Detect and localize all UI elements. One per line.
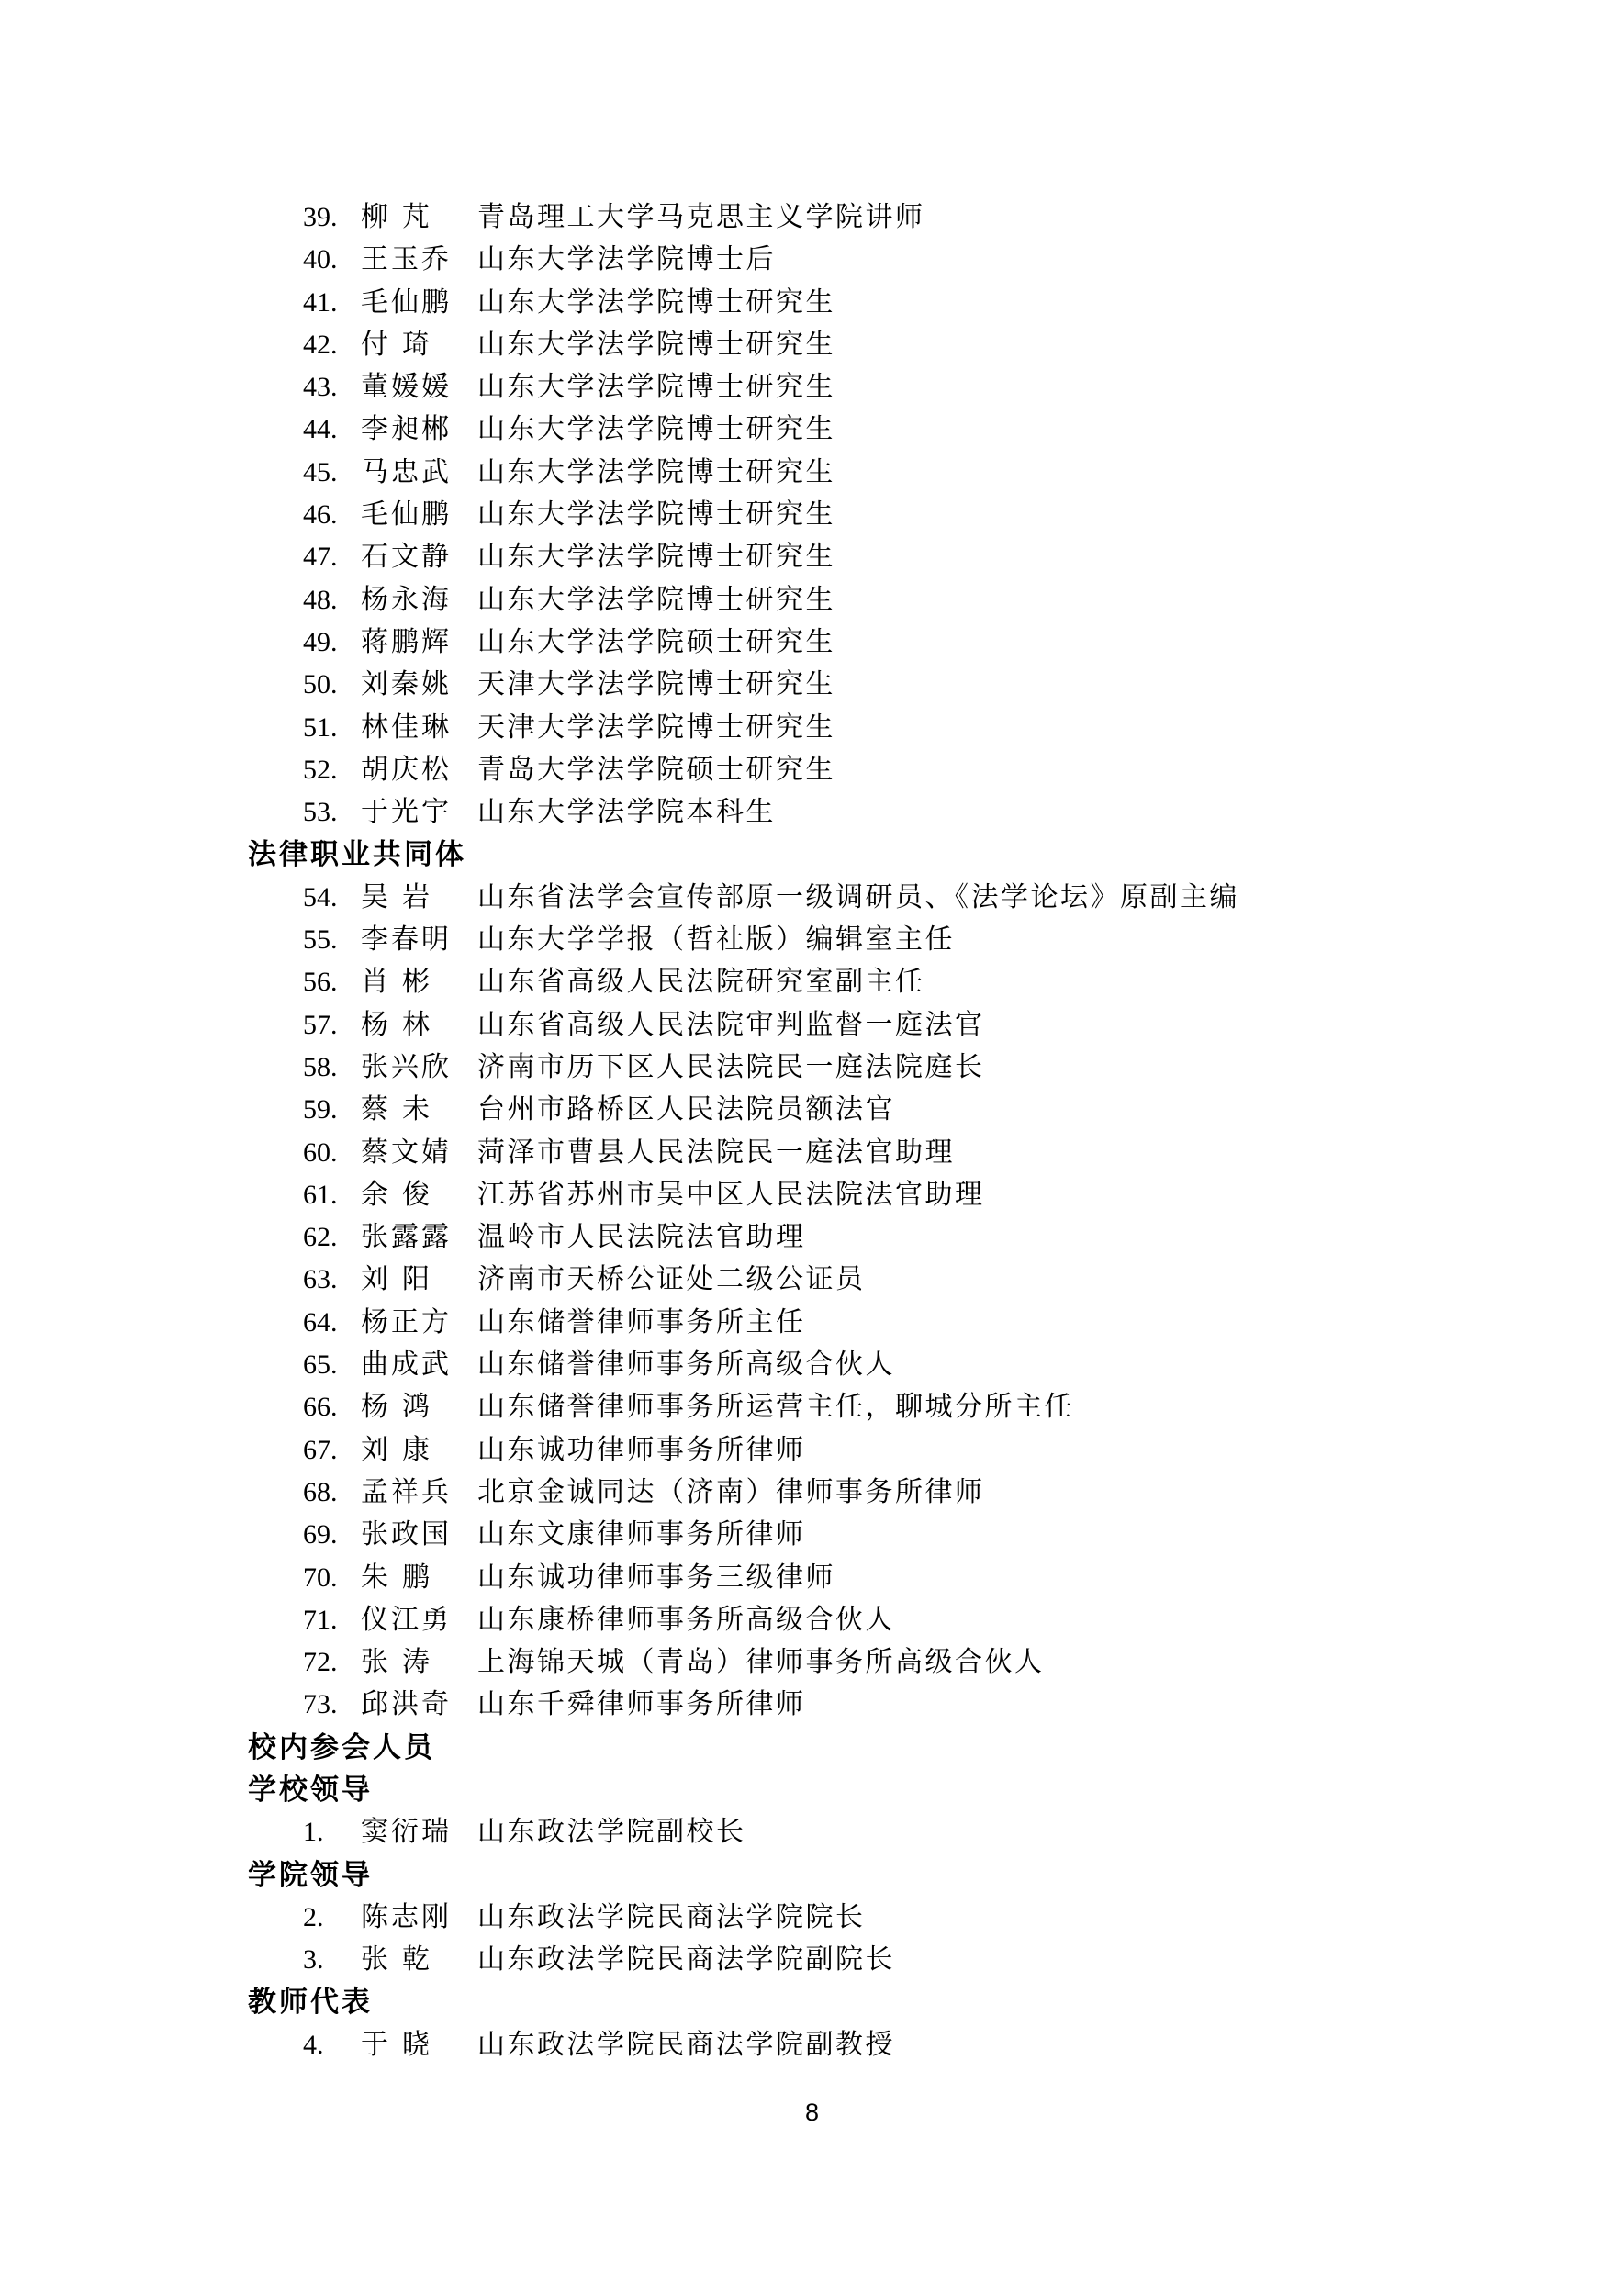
list-item: 56.肖彬山东省高级人民法院研究室副主任	[0, 961, 1624, 1003]
item-description: 山东政法学院民商法学院副院长	[477, 1939, 895, 1981]
item-name: 余俊	[361, 1174, 477, 1216]
item-name: 杨林	[361, 1004, 477, 1047]
item-name: 董媛媛	[361, 366, 477, 409]
item-description: 江苏省苏州市吴中区人民法院法官助理	[477, 1174, 985, 1216]
item-description: 山东大学学报（哲社版）编辑室主任	[477, 919, 955, 961]
item-number: 51.	[303, 707, 361, 749]
item-description: 菏泽市曹县人民法院民一庭法官助理	[477, 1132, 955, 1174]
list-item: 48.杨永海山东大学法学院博士研究生	[0, 579, 1624, 621]
item-number: 41.	[303, 282, 361, 324]
attendee-list: 39.柳芃青岛理工大学马克思主义学院讲师40.王玉乔山东大学法学院博士后41.毛…	[0, 196, 1624, 2066]
item-number: 55.	[303, 919, 361, 961]
item-name: 林佳琳	[361, 707, 477, 749]
item-name: 张政国	[361, 1514, 477, 1556]
item-number: 44.	[303, 409, 361, 451]
item-name: 李春明	[361, 919, 477, 961]
item-description: 天津大学法学院博士研究生	[477, 707, 835, 749]
item-number: 57.	[303, 1004, 361, 1047]
list-item: 65.曲成武山东储誉律师事务所高级合伙人	[0, 1344, 1624, 1386]
list-item: 55.李春明山东大学学报（哲社版）编辑室主任	[0, 919, 1624, 961]
section-header: 法律职业共同体	[0, 834, 1624, 876]
item-description: 上海锦天城（青岛）律师事务所高级合伙人	[477, 1641, 1045, 1684]
list-item: 66.杨鸿山东储誉律师事务所运营主任，聊城分所主任	[0, 1386, 1624, 1428]
item-number: 39.	[303, 196, 361, 239]
item-description: 山东大学法学院博士研究生	[477, 579, 835, 621]
item-name: 肖彬	[361, 961, 477, 1003]
item-description: 山东省高级人民法院研究室副主任	[477, 961, 925, 1003]
item-name: 邱洪奇	[361, 1684, 477, 1726]
item-name: 张兴欣	[361, 1047, 477, 1089]
list-item: 72.张涛上海锦天城（青岛）律师事务所高级合伙人	[0, 1641, 1624, 1684]
item-description: 山东省法学会宣传部原一级调研员、《法学论坛》原副主编	[477, 877, 1239, 919]
item-number: 4.	[303, 2024, 361, 2066]
item-description: 山东储誉律师事务所运营主任，聊城分所主任	[477, 1386, 1074, 1428]
item-number: 40.	[303, 239, 361, 281]
list-item: 52.胡庆松青岛大学法学院硕士研究生	[0, 749, 1624, 791]
item-description: 山东文康律师事务所律师	[477, 1514, 806, 1556]
list-item: 73.邱洪奇山东千舜律师事务所律师	[0, 1684, 1624, 1726]
item-description: 青岛大学法学院硕士研究生	[477, 749, 835, 791]
item-description: 山东大学法学院博士研究生	[477, 409, 835, 451]
list-item: 47.石文静山东大学法学院博士研究生	[0, 536, 1624, 578]
item-description: 山东省高级人民法院审判监督一庭法官	[477, 1004, 985, 1047]
list-item: 46.毛仙鹏山东大学法学院博士研究生	[0, 494, 1624, 536]
item-name: 张涛	[361, 1641, 477, 1684]
list-item: 49.蒋鹏辉山东大学法学院硕士研究生	[0, 621, 1624, 664]
item-number: 73.	[303, 1684, 361, 1726]
item-description: 山东大学法学院硕士研究生	[477, 621, 835, 664]
item-description: 山东诚功律师事务所律师	[477, 1429, 806, 1472]
item-description: 山东大学法学院博士后	[477, 239, 776, 281]
list-item: 41.毛仙鹏山东大学法学院博士研究生	[0, 282, 1624, 324]
item-number: 71.	[303, 1599, 361, 1641]
item-name: 刘阳	[361, 1259, 477, 1301]
item-description: 山东诚功律师事务三级律师	[477, 1557, 835, 1599]
list-item: 53.于光宇山东大学法学院本科生	[0, 791, 1624, 834]
section-header: 教师代表	[0, 1981, 1624, 2023]
list-item: 60.蔡文婧菏泽市曹县人民法院民一庭法官助理	[0, 1132, 1624, 1174]
item-number: 48.	[303, 579, 361, 621]
item-name: 于光宇	[361, 791, 477, 834]
item-description: 山东大学法学院博士研究生	[477, 282, 835, 324]
item-number: 47.	[303, 536, 361, 578]
item-number: 67.	[303, 1429, 361, 1472]
document-page: 39.柳芃青岛理工大学马克思主义学院讲师40.王玉乔山东大学法学院博士后41.毛…	[0, 0, 1624, 2295]
item-number: 62.	[303, 1216, 361, 1259]
list-item: 68.孟祥兵北京金诚同达（济南）律师事务所律师	[0, 1472, 1624, 1514]
item-name: 窦衍瑞	[361, 1811, 477, 1853]
item-description: 山东大学法学院博士研究生	[477, 452, 835, 494]
list-item: 1.窦衍瑞山东政法学院副校长	[0, 1811, 1624, 1853]
item-description: 山东大学法学院博士研究生	[477, 494, 835, 536]
item-description: 青岛理工大学马克思主义学院讲师	[477, 196, 925, 239]
list-item: 59.蔡未台州市路桥区人民法院员额法官	[0, 1089, 1624, 1131]
item-number: 50.	[303, 664, 361, 706]
item-name: 蔡文婧	[361, 1132, 477, 1174]
list-item: 51.林佳琳天津大学法学院博士研究生	[0, 707, 1624, 749]
item-name: 毛仙鹏	[361, 282, 477, 324]
item-name: 李昶郴	[361, 409, 477, 451]
list-item: 39.柳芃青岛理工大学马克思主义学院讲师	[0, 196, 1624, 239]
item-name: 张乾	[361, 1939, 477, 1981]
item-name: 仪江勇	[361, 1599, 477, 1641]
list-item: 67.刘康山东诚功律师事务所律师	[0, 1429, 1624, 1472]
item-description: 山东大学法学院博士研究生	[477, 536, 835, 578]
list-item: 43.董媛媛山东大学法学院博士研究生	[0, 366, 1624, 409]
item-description: 山东大学法学院本科生	[477, 791, 776, 834]
item-description: 济南市历下区人民法院民一庭法院庭长	[477, 1047, 985, 1089]
section-header: 校内参会人员	[0, 1727, 1624, 1769]
list-item: 62.张露露温岭市人民法院法官助理	[0, 1216, 1624, 1259]
item-name: 付琦	[361, 324, 477, 366]
item-description: 山东政法学院民商法学院副教授	[477, 2024, 895, 2066]
list-item: 2.陈志刚山东政法学院民商法学院院长	[0, 1897, 1624, 1939]
section-header: 学院领导	[0, 1854, 1624, 1897]
item-number: 61.	[303, 1174, 361, 1216]
item-number: 59.	[303, 1089, 361, 1131]
item-name: 吴岩	[361, 877, 477, 919]
item-number: 46.	[303, 494, 361, 536]
item-name: 王玉乔	[361, 239, 477, 281]
list-item: 44.李昶郴山东大学法学院博士研究生	[0, 409, 1624, 451]
item-number: 68.	[303, 1472, 361, 1514]
section-header: 学校领导	[0, 1769, 1624, 1811]
item-name: 陈志刚	[361, 1897, 477, 1939]
item-description: 北京金诚同达（济南）律师事务所律师	[477, 1472, 985, 1514]
list-item: 63.刘阳济南市天桥公证处二级公证员	[0, 1259, 1624, 1301]
list-item: 50.刘秦姚天津大学法学院博士研究生	[0, 664, 1624, 706]
item-number: 60.	[303, 1132, 361, 1174]
list-item: 71.仪江勇山东康桥律师事务所高级合伙人	[0, 1599, 1624, 1641]
item-name: 刘秦姚	[361, 664, 477, 706]
item-number: 54.	[303, 877, 361, 919]
item-number: 56.	[303, 961, 361, 1003]
item-name: 曲成武	[361, 1344, 477, 1386]
item-description: 山东千舜律师事务所律师	[477, 1684, 806, 1726]
item-number: 52.	[303, 749, 361, 791]
list-item: 42.付琦山东大学法学院博士研究生	[0, 324, 1624, 366]
item-name: 石文静	[361, 536, 477, 578]
list-item: 61.余俊江苏省苏州市吴中区人民法院法官助理	[0, 1174, 1624, 1216]
item-number: 43.	[303, 366, 361, 409]
item-number: 2.	[303, 1897, 361, 1939]
item-name: 蔡未	[361, 1089, 477, 1131]
item-name: 胡庆松	[361, 749, 477, 791]
list-item: 4.于晓山东政法学院民商法学院副教授	[0, 2024, 1624, 2066]
item-description: 山东大学法学院博士研究生	[477, 366, 835, 409]
item-description: 温岭市人民法院法官助理	[477, 1216, 806, 1259]
item-description: 济南市天桥公证处二级公证员	[477, 1259, 866, 1301]
list-item: 45.马忠武山东大学法学院博士研究生	[0, 452, 1624, 494]
item-name: 柳芃	[361, 196, 477, 239]
item-description: 天津大学法学院博士研究生	[477, 664, 835, 706]
item-name: 张露露	[361, 1216, 477, 1259]
item-number: 42.	[303, 324, 361, 366]
item-name: 杨鸿	[361, 1386, 477, 1428]
item-name: 杨永海	[361, 579, 477, 621]
item-number: 58.	[303, 1047, 361, 1089]
item-number: 1.	[303, 1811, 361, 1853]
page-number: 8	[0, 2099, 1624, 2126]
item-number: 63.	[303, 1259, 361, 1301]
list-item: 57.杨林山东省高级人民法院审判监督一庭法官	[0, 1004, 1624, 1047]
list-item: 64.杨正方山东储誉律师事务所主任	[0, 1302, 1624, 1344]
item-number: 70.	[303, 1557, 361, 1599]
item-number: 49.	[303, 621, 361, 664]
item-description: 山东储誉律师事务所主任	[477, 1302, 806, 1344]
list-item: 54.吴岩山东省法学会宣传部原一级调研员、《法学论坛》原副主编	[0, 877, 1624, 919]
item-number: 45.	[303, 452, 361, 494]
list-item: 58.张兴欣济南市历下区人民法院民一庭法院庭长	[0, 1047, 1624, 1089]
item-number: 64.	[303, 1302, 361, 1344]
item-number: 65.	[303, 1344, 361, 1386]
list-item: 69.张政国山东文康律师事务所律师	[0, 1514, 1624, 1556]
item-name: 朱鹏	[361, 1557, 477, 1599]
list-item: 3.张乾山东政法学院民商法学院副院长	[0, 1939, 1624, 1981]
item-name: 于晓	[361, 2024, 477, 2066]
item-description: 山东康桥律师事务所高级合伙人	[477, 1599, 895, 1641]
item-number: 69.	[303, 1514, 361, 1556]
item-number: 66.	[303, 1386, 361, 1428]
item-description: 山东政法学院民商法学院院长	[477, 1897, 866, 1939]
item-name: 马忠武	[361, 452, 477, 494]
item-description: 山东政法学院副校长	[477, 1811, 746, 1853]
item-name: 杨正方	[361, 1302, 477, 1344]
list-item: 40.王玉乔山东大学法学院博士后	[0, 239, 1624, 281]
list-item: 70.朱鹏山东诚功律师事务三级律师	[0, 1557, 1624, 1599]
item-description: 山东大学法学院博士研究生	[477, 324, 835, 366]
item-number: 72.	[303, 1641, 361, 1684]
item-description: 台州市路桥区人民法院员额法官	[477, 1089, 895, 1131]
item-name: 毛仙鹏	[361, 494, 477, 536]
item-number: 53.	[303, 791, 361, 834]
item-number: 3.	[303, 1939, 361, 1981]
item-name: 刘康	[361, 1429, 477, 1472]
item-name: 蒋鹏辉	[361, 621, 477, 664]
item-name: 孟祥兵	[361, 1472, 477, 1514]
item-description: 山东储誉律师事务所高级合伙人	[477, 1344, 895, 1386]
